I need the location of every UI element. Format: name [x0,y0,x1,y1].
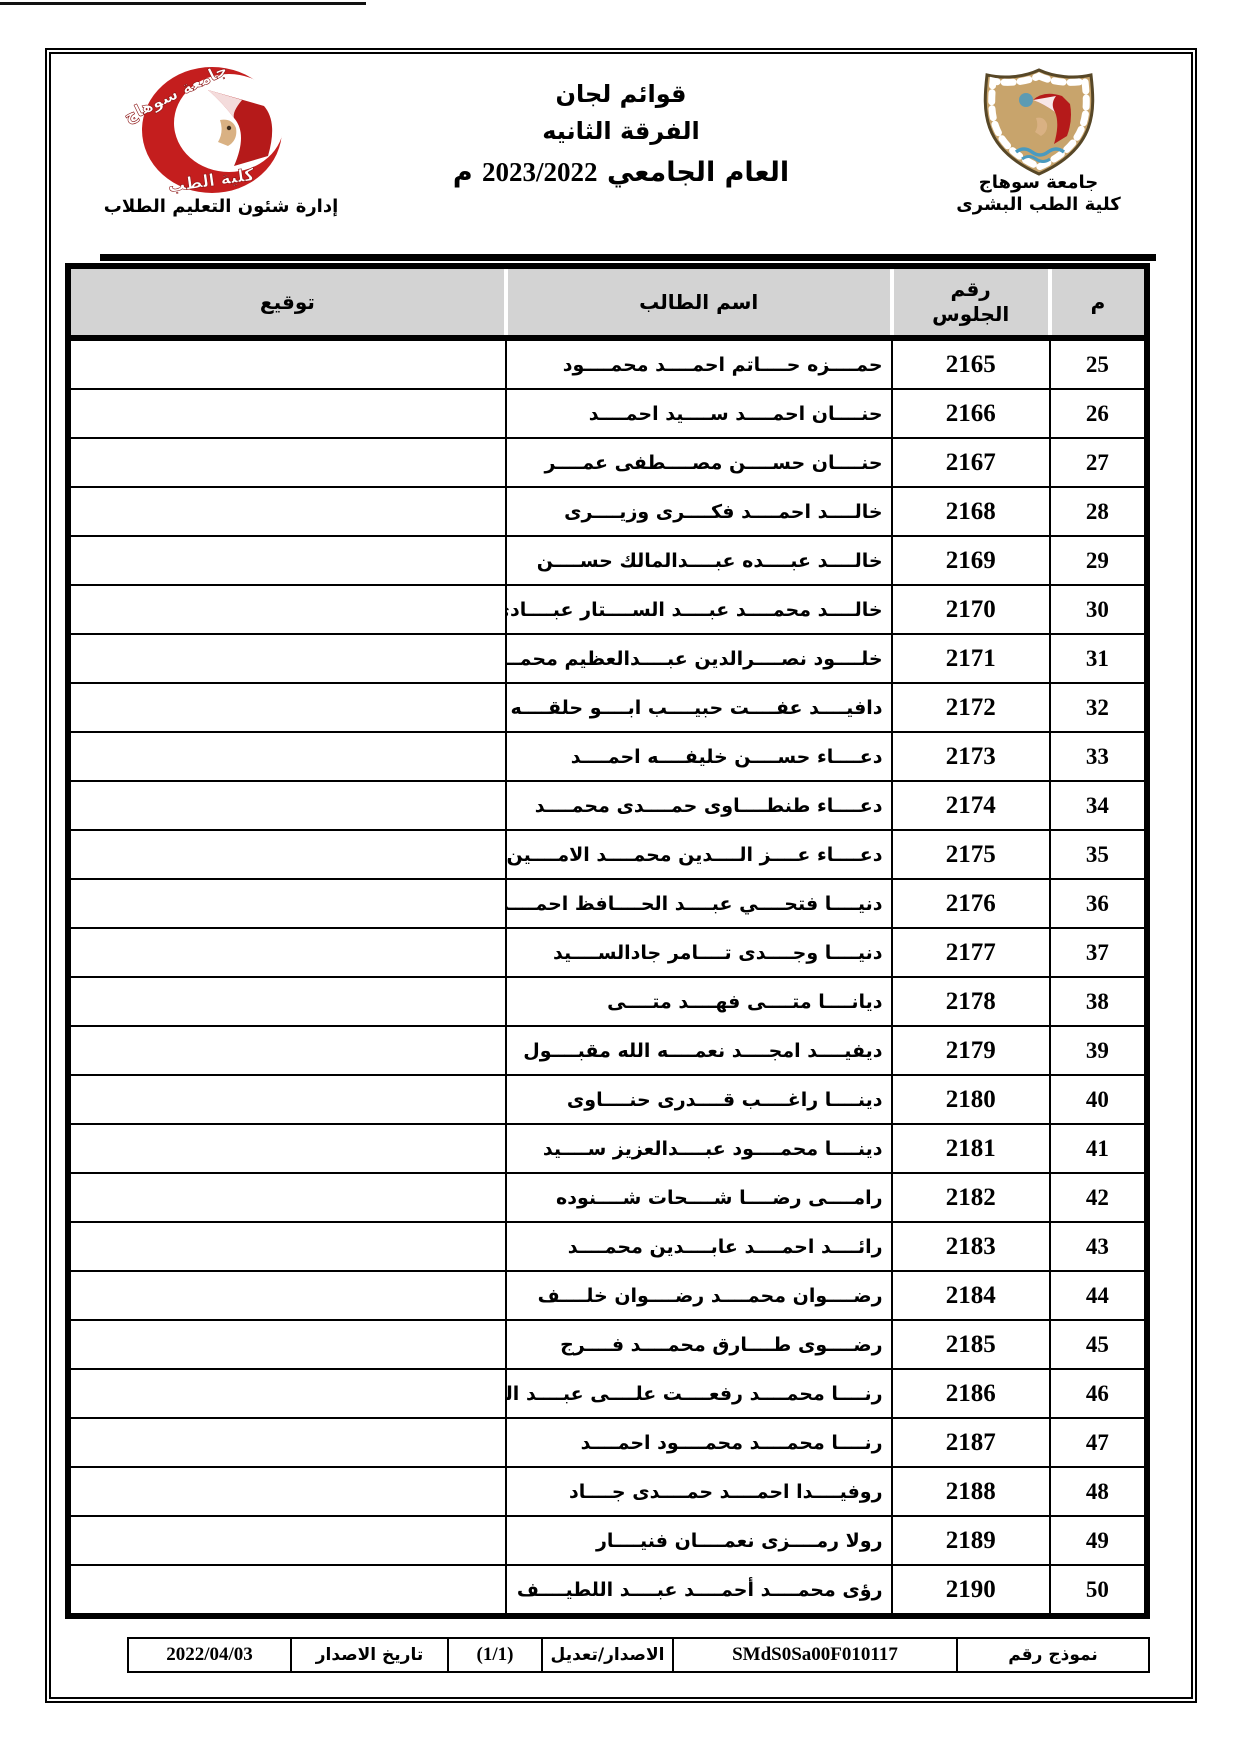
seat-number-cell: 2175 [892,830,1050,879]
serial-cell: 44 [1050,1271,1147,1320]
signature-cell [68,830,506,879]
serial-cell: 40 [1050,1075,1147,1124]
academic-year-suffix: م [453,157,473,188]
student-affairs-caption: إدارة شئون التعليم الطلاب [71,196,371,217]
student-name-cell: رولا رمــــزى نعمــــان فنيــــار [506,1516,892,1565]
seat-number-cell: 2176 [892,879,1050,928]
signature-cell [68,1418,506,1467]
issue-revision-value: (1/1) [448,1638,542,1672]
student-row: 34 2174 دعــــاء طنطــــاوى حمــــدى محم… [68,781,1147,830]
seat-number-cell: 2189 [892,1516,1050,1565]
seat-number-cell: 2181 [892,1124,1050,1173]
serial-cell: 27 [1050,438,1147,487]
serial-cell: 48 [1050,1467,1147,1516]
student-name-cell: ديفيــــد امجــــد نعمــــه الله مقبــــ… [506,1026,892,1075]
signature-cell [68,1075,506,1124]
student-name-cell: رضــــوان محمــــد رضــــوان خلــــف [506,1271,892,1320]
student-row: 39 2179 ديفيــــد امجــــد نعمــــه الله… [68,1026,1147,1075]
seat-number-cell: 2184 [892,1271,1050,1320]
student-row: 42 2182 رامــــى رضــــا شــــحات شــــن… [68,1173,1147,1222]
seat-number-cell: 2169 [892,536,1050,585]
signature-cell [68,1173,506,1222]
header-separator-bar [100,254,1156,261]
seat-number-cell: 2167 [892,438,1050,487]
student-row: 29 2169 خالــــد عبــــده عبــــدالمالك … [68,536,1147,585]
student-name-cell: دينــــا راغــــب قــــدرى حنــــاوى [506,1075,892,1124]
serial-cell: 43 [1050,1222,1147,1271]
student-row: 35 2175 دعــــاء عــــز الــــدين محمـــ… [68,830,1147,879]
form-number-value: SMdS0Sa00F010117 [673,1638,957,1672]
student-row: 32 2172 دافيــــد عفــــت حبيــــب ابـــ… [68,683,1147,732]
serial-cell: 25 [1050,338,1147,389]
serial-cell: 42 [1050,1173,1147,1222]
signature-cell [68,1516,506,1565]
university-caption: جامعة سوهاج كلية الطب البشرى [931,172,1146,216]
serial-cell: 29 [1050,536,1147,585]
student-name-cell: حنــــان احمــــد ســــيد احمــــد [506,389,892,438]
student-row: 36 2176 دنيــــا فتحــــي عبــــد الحـــ… [68,879,1147,928]
student-row: 47 2187 رنــــا محمــــد محمــــود احمــ… [68,1418,1147,1467]
serial-cell: 50 [1050,1565,1147,1616]
faculty-name: كلية الطب البشرى [931,194,1146,216]
student-name-cell: دعــــاء طنطــــاوى حمــــدى محمــــد [506,781,892,830]
seat-number-cell: 2174 [892,781,1050,830]
seat-number-cell: 2165 [892,338,1050,389]
serial-cell: 34 [1050,781,1147,830]
serial-cell: 49 [1050,1516,1147,1565]
seat-number-cell: 2186 [892,1369,1050,1418]
serial-cell: 41 [1050,1124,1147,1173]
signature-cell [68,1565,506,1616]
seat-number-cell: 2180 [892,1075,1050,1124]
signature-cell [68,634,506,683]
col-header-seat-number: رقم الجلوس [892,266,1050,338]
signature-cell [68,1467,506,1516]
serial-cell: 38 [1050,977,1147,1026]
student-name-cell: خالــــد عبــــده عبــــدالمالك حســــن [506,536,892,585]
serial-cell: 36 [1050,879,1147,928]
serial-cell: 46 [1050,1369,1147,1418]
document-border-frame: قوائم لجان الفرقة الثانيه العام الجامعي … [45,48,1197,1703]
student-name-cell: دينــــا محمــــود عبــــدالعزيز ســــيد [506,1124,892,1173]
signature-cell [68,1369,506,1418]
signature-cell [68,1320,506,1369]
form-info-table: نموذج رقم SMdS0Sa00F010117 الاصدار/تعديل… [127,1637,1150,1673]
student-name-cell: دنيــــا وجــــدى تــــامر جادالســــيد [506,928,892,977]
scan-artifact-line [0,2,366,5]
student-row: 50 2190 رؤى محمــــد أحمــــد عبــــد ال… [68,1565,1147,1616]
signature-cell [68,732,506,781]
serial-cell: 30 [1050,585,1147,634]
serial-cell: 28 [1050,487,1147,536]
seat-number-cell: 2188 [892,1467,1050,1516]
issue-revision-label: الاصدار/تعديل [542,1638,673,1672]
seat-number-cell: 2185 [892,1320,1050,1369]
seat-number-cell: 2172 [892,683,1050,732]
signature-cell [68,389,506,438]
signature-cell [68,683,506,732]
col-header-student-name: اسم الطالب [506,266,892,338]
student-row: 27 2167 حنــــان حســــن مصــــطفى عمـــ… [68,438,1147,487]
signature-cell [68,585,506,634]
serial-cell: 45 [1050,1320,1147,1369]
student-row: 44 2184 رضــــوان محمــــد رضــــوان خلـ… [68,1271,1147,1320]
student-name-cell: دافيــــد عفــــت حبيــــب ابــــو حلقــ… [506,683,892,732]
serial-cell: 31 [1050,634,1147,683]
signature-cell [68,1026,506,1075]
student-row: 37 2177 دنيــــا وجــــدى تــــامر جادال… [68,928,1147,977]
student-row: 46 2186 رنــــا محمــــد رفعــــت علــــ… [68,1369,1147,1418]
seat-number-cell: 2190 [892,1565,1050,1616]
issue-date-value: 2022/04/03 [128,1638,291,1672]
signature-cell [68,879,506,928]
student-row: 33 2173 دعــــاء حســــن خليفــــه احمــ… [68,732,1147,781]
student-name-cell: دعــــاء حســــن خليفــــه احمــــد [506,732,892,781]
student-row: 30 2170 خالــــد محمــــد عبــــد الســـ… [68,585,1147,634]
student-row: 41 2181 دينــــا محمــــود عبــــدالعزيز… [68,1124,1147,1173]
student-name-cell: روفيــــدا احمــــد حمــــدى جــــاد [506,1467,892,1516]
student-name-cell: ديانــــا متــــى فهــــد متــــى [506,977,892,1026]
student-name-cell: رامــــى رضــــا شــــحات شــــنوده [506,1173,892,1222]
seat-number-cell: 2187 [892,1418,1050,1467]
col-header-serial: م [1050,266,1147,338]
signature-cell [68,977,506,1026]
seat-number-cell: 2179 [892,1026,1050,1075]
student-row: 25 2165 حمــــزه حــــاتم احمــــد محمــ… [68,338,1147,389]
student-row: 31 2171 خلــــود نصــــرالدين عبــــدالع… [68,634,1147,683]
seat-number-cell: 2171 [892,634,1050,683]
serial-cell: 33 [1050,732,1147,781]
signature-cell [68,487,506,536]
student-name-cell: رؤى محمــــد أحمــــد عبــــد اللطيــــف [506,1565,892,1616]
student-name-cell: رضــــوى طــــارق محمــــد فــــرج [506,1320,892,1369]
issue-date-label: تاريخ الاصدار [291,1638,448,1672]
students-table-header: م رقم الجلوس اسم الطالب توقيع [68,266,1147,338]
serial-cell: 32 [1050,683,1147,732]
seat-number-cell: 2182 [892,1173,1050,1222]
signature-cell [68,1124,506,1173]
student-row: 45 2185 رضــــوى طــــارق محمــــد فــــ… [68,1320,1147,1369]
seat-number-cell: 2173 [892,732,1050,781]
academic-year-prefix: العام الجامعي [607,157,789,188]
seat-number-cell: 2178 [892,977,1050,1026]
signature-cell [68,928,506,977]
serial-cell: 26 [1050,389,1147,438]
student-name-cell: رنــــا محمــــد محمــــود احمــــد [506,1418,892,1467]
faculty-crescent-logo: جامعة سوهاج كلية الطب [112,62,327,197]
seat-number-cell: 2183 [892,1222,1050,1271]
form-number-label: نموذج رقم [957,1638,1149,1672]
seat-number-cell: 2166 [892,389,1050,438]
scanned-document-page: قوائم لجان الفرقة الثانيه العام الجامعي … [0,0,1241,1754]
student-row: 38 2178 ديانــــا متــــى فهــــد متــــ… [68,977,1147,1026]
student-row: 49 2189 رولا رمــــزى نعمــــان فنيــــا… [68,1516,1147,1565]
serial-cell: 37 [1050,928,1147,977]
student-name-cell: رائــــد احمــــد عابــــدين محمــــد [506,1222,892,1271]
student-row: 28 2168 خالــــد احمــــد فكــــرى وزيــ… [68,487,1147,536]
seat-number-cell: 2170 [892,585,1050,634]
student-name-cell: خالــــد احمــــد فكــــرى وزيــــرى [506,487,892,536]
student-name-cell: دنيــــا فتحــــي عبــــد الحــــافظ احم… [506,879,892,928]
student-name-cell: خالــــد محمــــد عبــــد الســــتار عبـ… [506,585,892,634]
signature-cell [68,1271,506,1320]
student-name-cell: حنــــان حســــن مصــــطفى عمــــر [506,438,892,487]
academic-year-value: 2023/2022 [482,157,598,187]
seat-number-cell: 2168 [892,487,1050,536]
col-header-signature: توقيع [68,266,506,338]
student-name-cell: دعــــاء عــــز الــــدين محمــــد الامـ… [506,830,892,879]
university-shield-emblem [978,66,1100,178]
university-name: جامعة سوهاج [931,172,1146,194]
student-name-cell: حمــــزه حــــاتم احمــــد محمــــود [506,338,892,389]
student-row: 43 2183 رائــــد احمــــد عابــــدين محم… [68,1222,1147,1271]
student-name-cell: خلــــود نصــــرالدين عبــــدالعظيم محمـ… [506,634,892,683]
student-row: 40 2180 دينــــا راغــــب قــــدرى حنـــ… [68,1075,1147,1124]
signature-cell [68,781,506,830]
serial-cell: 35 [1050,830,1147,879]
signature-cell [68,536,506,585]
signature-cell [68,438,506,487]
signature-cell [68,338,506,389]
student-row: 48 2188 روفيــــدا احمــــد حمــــدى جــ… [68,1467,1147,1516]
serial-cell: 47 [1050,1418,1147,1467]
serial-cell: 39 [1050,1026,1147,1075]
signature-cell [68,1222,506,1271]
students-table-body: 25 2165 حمــــزه حــــاتم احمــــد محمــ… [68,338,1147,1616]
student-name-cell: رنــــا محمــــد رفعــــت علــــى عبــــ… [506,1369,892,1418]
students-table: م رقم الجلوس اسم الطالب توقيع 25 2165 حم… [65,263,1150,1619]
student-row: 26 2166 حنــــان احمــــد ســــيد احمـــ… [68,389,1147,438]
seat-number-cell: 2177 [892,928,1050,977]
